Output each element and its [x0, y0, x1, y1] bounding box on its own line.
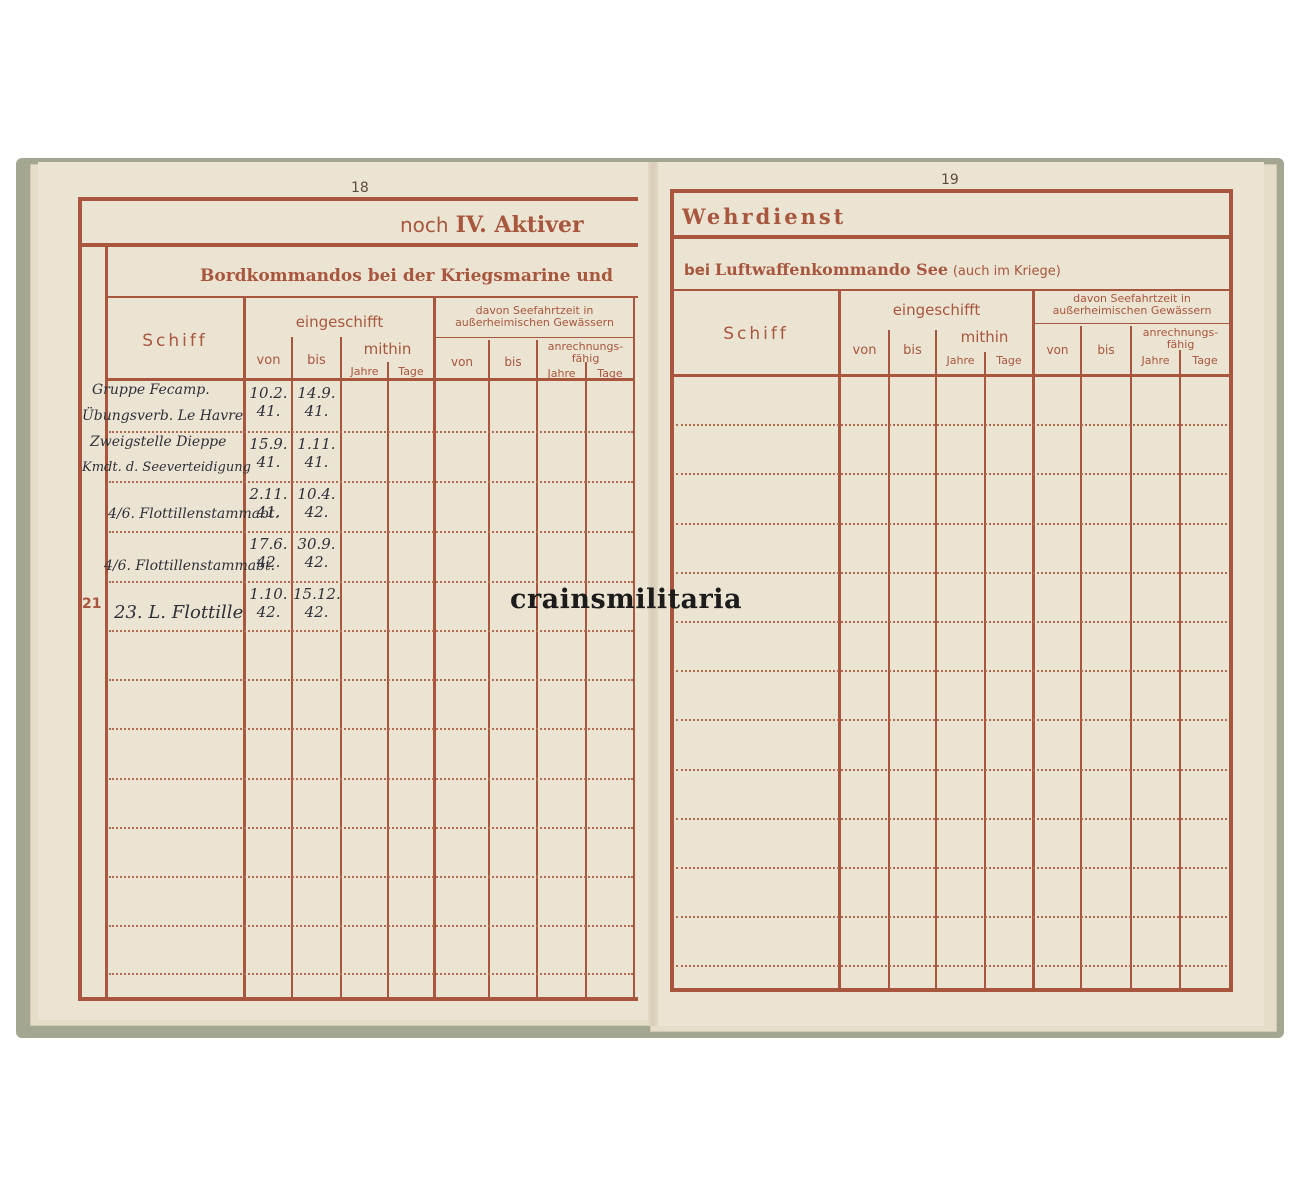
entry-bis-date: 14.9.: [293, 384, 340, 402]
header-bis: bis: [890, 344, 935, 358]
entry-von-year: 42.: [246, 553, 291, 571]
entry-bis-date: 10.4.: [293, 485, 340, 503]
left-subtitle-divider: [107, 296, 638, 298]
row-separator: [109, 876, 633, 878]
entry-von-year: 42.: [246, 603, 291, 621]
header-seefahrtzeit: davon Seefahrtzeit in außerheimischen Ge…: [1035, 293, 1229, 316]
entry-schiff-line1: Gruppe Fecamp.: [92, 382, 210, 398]
row-separator: [676, 621, 1227, 623]
row-separator: [109, 925, 633, 927]
subtitle-suffix: (auch im Kriege): [953, 264, 1061, 279]
page-number-right: 19: [941, 172, 959, 188]
entry-von: 1.10.42.: [246, 585, 291, 621]
entry-von-year: 41.: [246, 402, 291, 420]
header-sea-jahre: Jahre: [538, 368, 585, 380]
row-separator: [109, 581, 633, 583]
right-page-title: Wehrdienst: [682, 204, 846, 229]
row-separator: [676, 867, 1227, 869]
entry-von-date: 2.11.: [246, 485, 291, 503]
row-separator: [676, 769, 1227, 771]
left-page-subtitle: Bordkommandos bei der Kriegsmarine und: [200, 266, 613, 286]
row-separator: [676, 719, 1227, 721]
entry-bis-year: 41.: [293, 402, 340, 420]
row-separator: [109, 679, 633, 681]
entry-bis-year: 42.: [293, 603, 340, 621]
header-anrechnungs-line1: anrechnungs-: [1132, 327, 1229, 339]
header-anrechnungs-line2: fähig: [1132, 339, 1229, 351]
header-sea-von: von: [1035, 344, 1080, 357]
col-divider: [838, 290, 841, 990]
watermark-text: crainsmilitaria: [510, 584, 742, 615]
entry-bis: 14.9.41.: [293, 384, 340, 420]
entry-von: 10.2.41.: [246, 384, 291, 420]
entry-schiff-line2: Übungsverb. Le Havre: [82, 408, 243, 424]
entry-von: 2.11.41.: [246, 485, 291, 521]
header-jahre: Jahre: [342, 366, 387, 378]
header-sea-bis: bis: [490, 356, 536, 369]
header-seefahrtzeit-line2: außerheimischen Gewässern: [1035, 305, 1229, 317]
row-separator: [676, 424, 1227, 426]
header-tage: Tage: [986, 355, 1032, 367]
entry-von-year: 41.: [246, 453, 291, 471]
subheader-line: [1035, 323, 1229, 324]
row-separator: [676, 523, 1227, 525]
left-page-title: noch IV. Aktiver: [400, 212, 584, 238]
header-anrechnungs-line2: fähig: [538, 353, 633, 365]
header-seefahrtzeit-line1: davon Seefahrtzeit in: [1035, 293, 1229, 305]
entry-bis: 30.9.42.: [293, 535, 340, 571]
right-page-subtitle: bei Luftwaffenkommando See (auch im Krie…: [684, 260, 1061, 279]
row-separator: [109, 973, 633, 975]
header-anrechnungsfaehig: anrechnungs- fähig: [1132, 327, 1229, 350]
header-bis: bis: [293, 354, 340, 368]
entry-von-date: 15.9.: [246, 435, 291, 453]
page-number-left: 18: [351, 180, 369, 196]
entry-von-year: 41.: [246, 503, 291, 521]
col-divider: [888, 330, 890, 990]
subheader-line: [436, 337, 633, 338]
entry-bis-year: 42.: [293, 503, 340, 521]
header-von: von: [246, 354, 291, 368]
header-eingeschifft: eingeschifft: [246, 315, 433, 331]
row-separator: [109, 531, 633, 533]
col-divider: [488, 340, 490, 997]
entry-bis-date: 1.11.: [293, 435, 340, 453]
entry-von-date: 10.2.: [246, 384, 291, 402]
row-separator: [109, 728, 633, 730]
entry-bis-year: 42.: [293, 553, 340, 571]
header-jahre: Jahre: [937, 355, 984, 367]
col-divider: [633, 297, 635, 997]
header-sea-von: von: [436, 356, 488, 369]
row-separator: [109, 431, 633, 433]
entry-bis-date: 15.12.: [293, 585, 340, 603]
right-subtitle-divider: [674, 289, 1229, 291]
title-text: IV. Aktiver: [456, 212, 584, 238]
entry-schiff-line1: Zweigstelle Dieppe: [90, 434, 226, 450]
header-sea-jahre: Jahre: [1132, 355, 1179, 367]
left-margin-divider: [105, 245, 108, 997]
col-divider: [340, 337, 342, 997]
header-seefahrtzeit: davon Seefahrtzeit in außerheimischen Ge…: [436, 305, 633, 328]
col-divider: [536, 340, 538, 997]
row-separator: [109, 481, 633, 483]
row-separator: [676, 572, 1227, 574]
col-divider: [935, 330, 937, 990]
header-seefahrtzeit-line2: außerheimischen Gewässern: [436, 317, 633, 329]
header-eingeschifft: eingeschifft: [841, 303, 1032, 319]
entry-von-date: 1.10.: [246, 585, 291, 603]
header-mithin: mithin: [342, 342, 433, 358]
header-schiff: Schiff: [108, 333, 242, 351]
entry-bis: 10.4.42.: [293, 485, 340, 521]
entry-bis-year: 41.: [293, 453, 340, 471]
entry-von: 15.9.41.: [246, 435, 291, 471]
header-von: von: [841, 344, 888, 358]
header-sea-tage: Tage: [1181, 355, 1229, 367]
row-separator: [676, 818, 1227, 820]
right-header-divider: [674, 374, 1229, 377]
col-divider: [1032, 290, 1035, 990]
header-anrechnungs-line1: anrechnungs-: [538, 341, 633, 353]
header-sea-tage: Tage: [587, 368, 633, 380]
row-separator: [676, 473, 1227, 475]
row-separator: [109, 827, 633, 829]
entry-bis: 15.12.42.: [293, 585, 340, 621]
header-sea-bis: bis: [1082, 344, 1130, 357]
header-mithin: mithin: [937, 330, 1032, 346]
row-separator: [676, 965, 1227, 967]
left-title-divider: [78, 243, 638, 247]
entry-schiff-line2: Kmdt. d. Seeverteidigung: [82, 460, 251, 475]
row-separator: [109, 630, 633, 632]
margin-number: 21: [82, 596, 101, 612]
right-title-divider: [670, 235, 1233, 239]
row-separator: [676, 670, 1227, 672]
header-seefahrtzeit-line1: davon Seefahrtzeit in: [436, 305, 633, 317]
entry-schiff-line1: 23. L. Flottille: [114, 602, 243, 623]
entry-von: 17.6.42.: [246, 535, 291, 571]
subtitle-text: Luftwaffenkommando See: [715, 260, 948, 279]
row-separator: [109, 778, 633, 780]
col-divider: [433, 297, 436, 997]
header-schiff: Schiff: [674, 326, 838, 344]
entry-bis-date: 30.9.: [293, 535, 340, 553]
subtitle-prefix: bei: [684, 261, 710, 279]
header-anrechnungsfaehig: anrechnungs- fähig: [538, 341, 633, 364]
entry-von-date: 17.6.: [246, 535, 291, 553]
header-tage: Tage: [389, 366, 433, 378]
title-prefix: noch: [400, 213, 449, 237]
row-separator: [676, 916, 1227, 918]
entry-bis: 1.11.41.: [293, 435, 340, 471]
